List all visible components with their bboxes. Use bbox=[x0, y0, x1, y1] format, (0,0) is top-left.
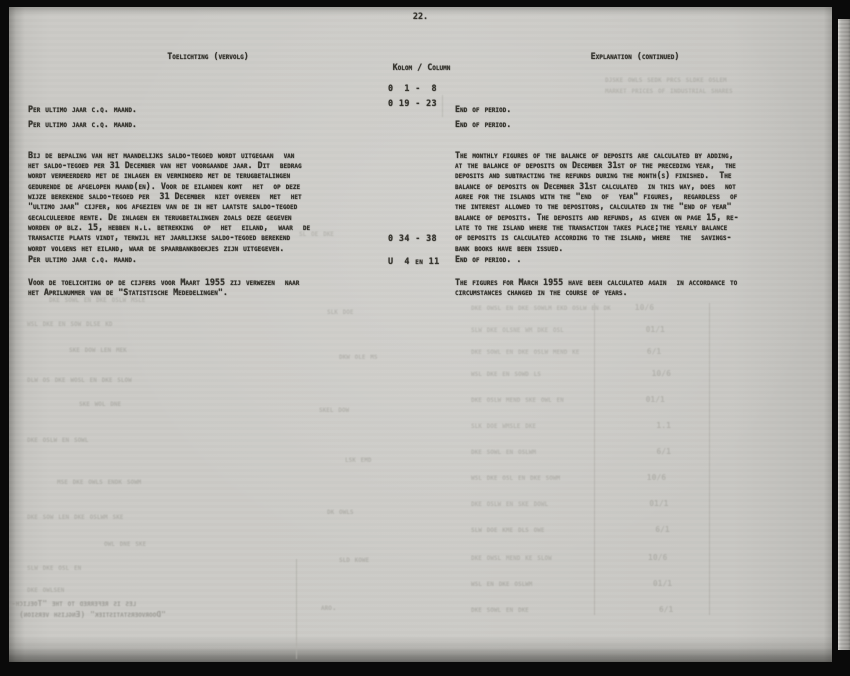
ghost-showthrough-text: lsk emd bbox=[345, 455, 372, 465]
ghost-showthrough-text: wsl dke en sow dlse kd bbox=[27, 319, 113, 329]
ghost-showthrough-text: dke oslw mend ske owl en 01/1 bbox=[471, 395, 665, 405]
ghost-showthrough-text: dke oslw en ske dowl 01/1 bbox=[471, 499, 668, 509]
ghost-showthrough-text: slw doe kme dls owe 6/1 bbox=[471, 525, 670, 535]
ghost-showthrough-text: slw dke osl en bbox=[27, 563, 81, 573]
ghost-showthrough-text: dke owlsen bbox=[27, 585, 64, 595]
ghost-showthrough-text: slw dke olsne wm dke osl 01/1 bbox=[471, 325, 665, 335]
ghost-showthrough-text: skel dow bbox=[319, 405, 349, 415]
ghost-showthrough-text: dke sow len dke oslwm ske bbox=[27, 512, 123, 522]
dutch-text-column: Voor de toelichting op de cijfers voor M… bbox=[28, 256, 388, 318]
ghost-rule bbox=[594, 303, 595, 615]
ghost-showthrough-text: "Doorvoerstatistiek" (English version) bbox=[19, 610, 166, 620]
column-reference: U 4 en 11 bbox=[388, 256, 455, 266]
explanation-row: Voor de toelichting op de cijfers voor M… bbox=[28, 256, 820, 318]
ghost-showthrough-text: mse dke owls endk sowm bbox=[57, 477, 141, 487]
ghost-showthrough-text: les is referred to the "Toelich- bbox=[11, 599, 136, 609]
ghost-showthrough-text: owl dne ske bbox=[104, 539, 146, 549]
ghost-showthrough-text: wsl dke osl en dke sowm 10/6 bbox=[471, 473, 666, 483]
dutch-entry-body: Voor de toelichting op de cijfers voor M… bbox=[28, 277, 388, 298]
ghost-rule bbox=[296, 559, 297, 659]
ghost-showthrough-text: dke sowl en oslwm 6/1 bbox=[471, 447, 671, 457]
english-section-heading: Explanation (continued) bbox=[455, 51, 815, 61]
ghost-showthrough-text: dke owsl mend ke slow 10/6 bbox=[471, 553, 667, 563]
ghost-showthrough-text: wsl dke en sowd ls 10/6 bbox=[471, 369, 671, 379]
ghost-showthrough-text: aro. bbox=[321, 603, 337, 613]
ghost-showthrough-text: slk doe wmsle dke 1.1 bbox=[471, 421, 671, 431]
column-reference: 0 34 - 38 bbox=[388, 233, 455, 243]
ghost-showthrough-text: wsl en dke oslwm 01/1 bbox=[471, 579, 672, 589]
column-reference: 0 1 - 8 bbox=[388, 83, 455, 93]
english-entry-heading: End of period. bbox=[455, 119, 820, 129]
english-text-column: The figures for March 1955 have been cal… bbox=[455, 256, 820, 318]
ghost-showthrough-text: sld kowe bbox=[339, 555, 369, 565]
dutch-entry-heading: Per ultimo jaar c.q. maand. bbox=[28, 119, 388, 129]
page-number: 22. bbox=[9, 11, 832, 21]
ghost-showthrough-text: ske dow len mek bbox=[69, 345, 127, 355]
ghost-showthrough-text: dkw ole ms bbox=[339, 352, 378, 362]
ghost-rule bbox=[709, 303, 710, 615]
dutch-section-heading: Toelichting (vervolg) bbox=[28, 51, 388, 61]
scanned-book-photo: djske owls sedk prcs sldke oslemmarket p… bbox=[0, 0, 850, 676]
document-page: djske owls sedk prcs sldke oslemmarket p… bbox=[9, 7, 832, 662]
english-entry-body: The figures for March 1955 have been cal… bbox=[455, 277, 820, 298]
ghost-showthrough-text: dk owls bbox=[327, 507, 354, 517]
ghost-showthrough-text: dlw os dke wosl en dke slow bbox=[27, 375, 132, 385]
column-reference: 0 19 - 23 bbox=[388, 98, 455, 108]
book-fore-edge bbox=[838, 19, 850, 650]
column-reference-heading: Kolom / Column bbox=[374, 62, 469, 72]
ghost-showthrough-text: dke sowl en dke 6/1 bbox=[471, 605, 673, 615]
ghost-showthrough-text: ske wol dne bbox=[79, 399, 121, 409]
ghost-showthrough-text: dke oslw en sowl bbox=[27, 435, 88, 445]
ghost-showthrough-text: dke sowl en dke oslw mend ke 6/1 bbox=[471, 347, 661, 357]
